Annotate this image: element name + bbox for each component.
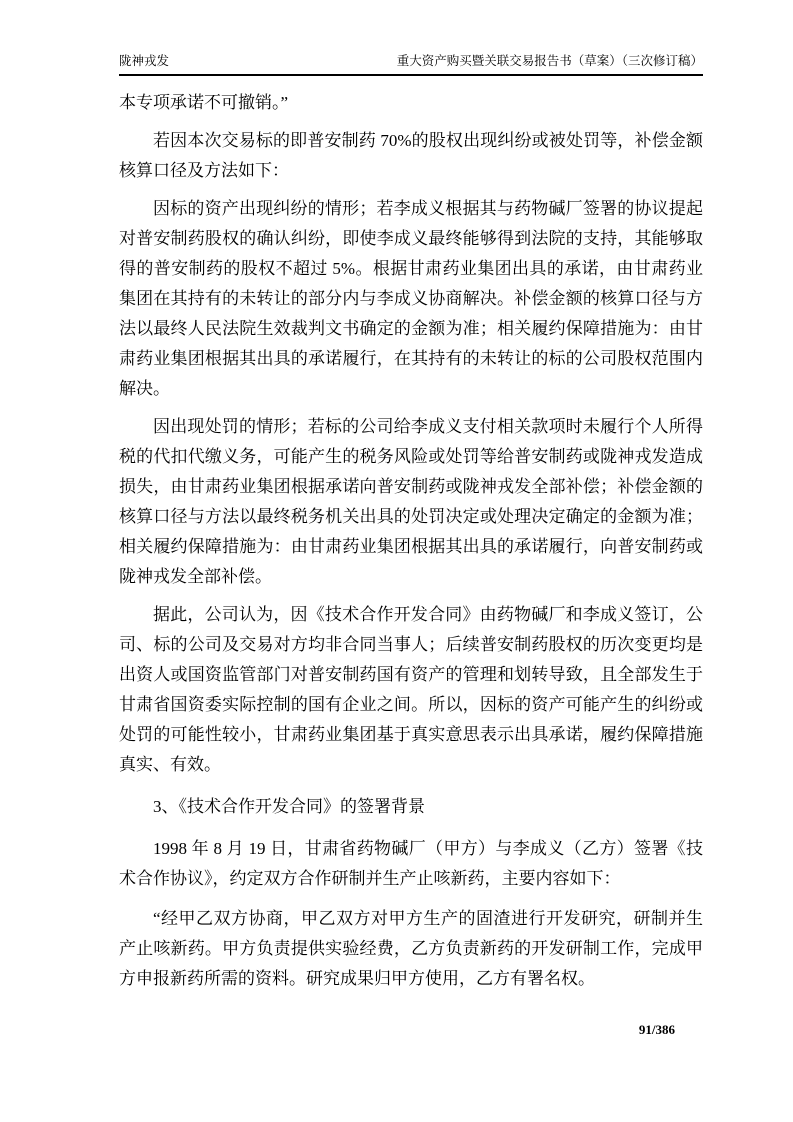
paragraph: 因出现处罚的情形；若标的公司给李成义支付相关款项时未履行个人所得税的代扣代缴义务…	[119, 412, 703, 592]
header-company-name: 陇神戎发	[119, 52, 169, 70]
page-header: 陇神戎发 重大资产购买暨关联交易报告书（草案）（三次修订稿）	[119, 52, 703, 76]
paragraph: 因标的资产出现纠纷的情形；若李成义根据其与药物碱厂签署的协议提起对普安制药股权的…	[119, 194, 703, 404]
paragraph: 据此，公司认为，因《技术合作开发合同》由药物碱厂和李成义签订，公司、标的公司及交…	[119, 600, 703, 780]
document-body: 本专项承诺不可撤销。” 若因本次交易标的即普安制药 70%的股权出现纠纷或被处罚…	[119, 88, 703, 1002]
paragraph-quote: “经甲乙双方协商，甲乙双方对甲方生产的固渣进行开发研究，研制并生产止咳新药。甲方…	[119, 904, 703, 994]
header-document-title: 重大资产购买暨关联交易报告书（草案）（三次修订稿）	[397, 52, 703, 70]
document-page: 陇神戎发 重大资产购买暨关联交易报告书（草案）（三次修订稿） 本专项承诺不可撤销…	[0, 0, 793, 1122]
paragraph: 1998 年 8 月 19 日，甘肃省药物碱厂（甲方）与李成义（乙方）签署《技术…	[119, 834, 703, 894]
page-number: 91/386	[639, 1022, 675, 1037]
section-heading: 3、《技术合作开发合同》的签署背景	[119, 792, 703, 822]
paragraph-continuation: 本专项承诺不可撤销。”	[119, 88, 703, 118]
paragraph: 若因本次交易标的即普安制药 70%的股权出现纠纷或被处罚等，补偿金额核算口径及方…	[119, 126, 703, 186]
page-footer: 91/386	[639, 1022, 675, 1038]
